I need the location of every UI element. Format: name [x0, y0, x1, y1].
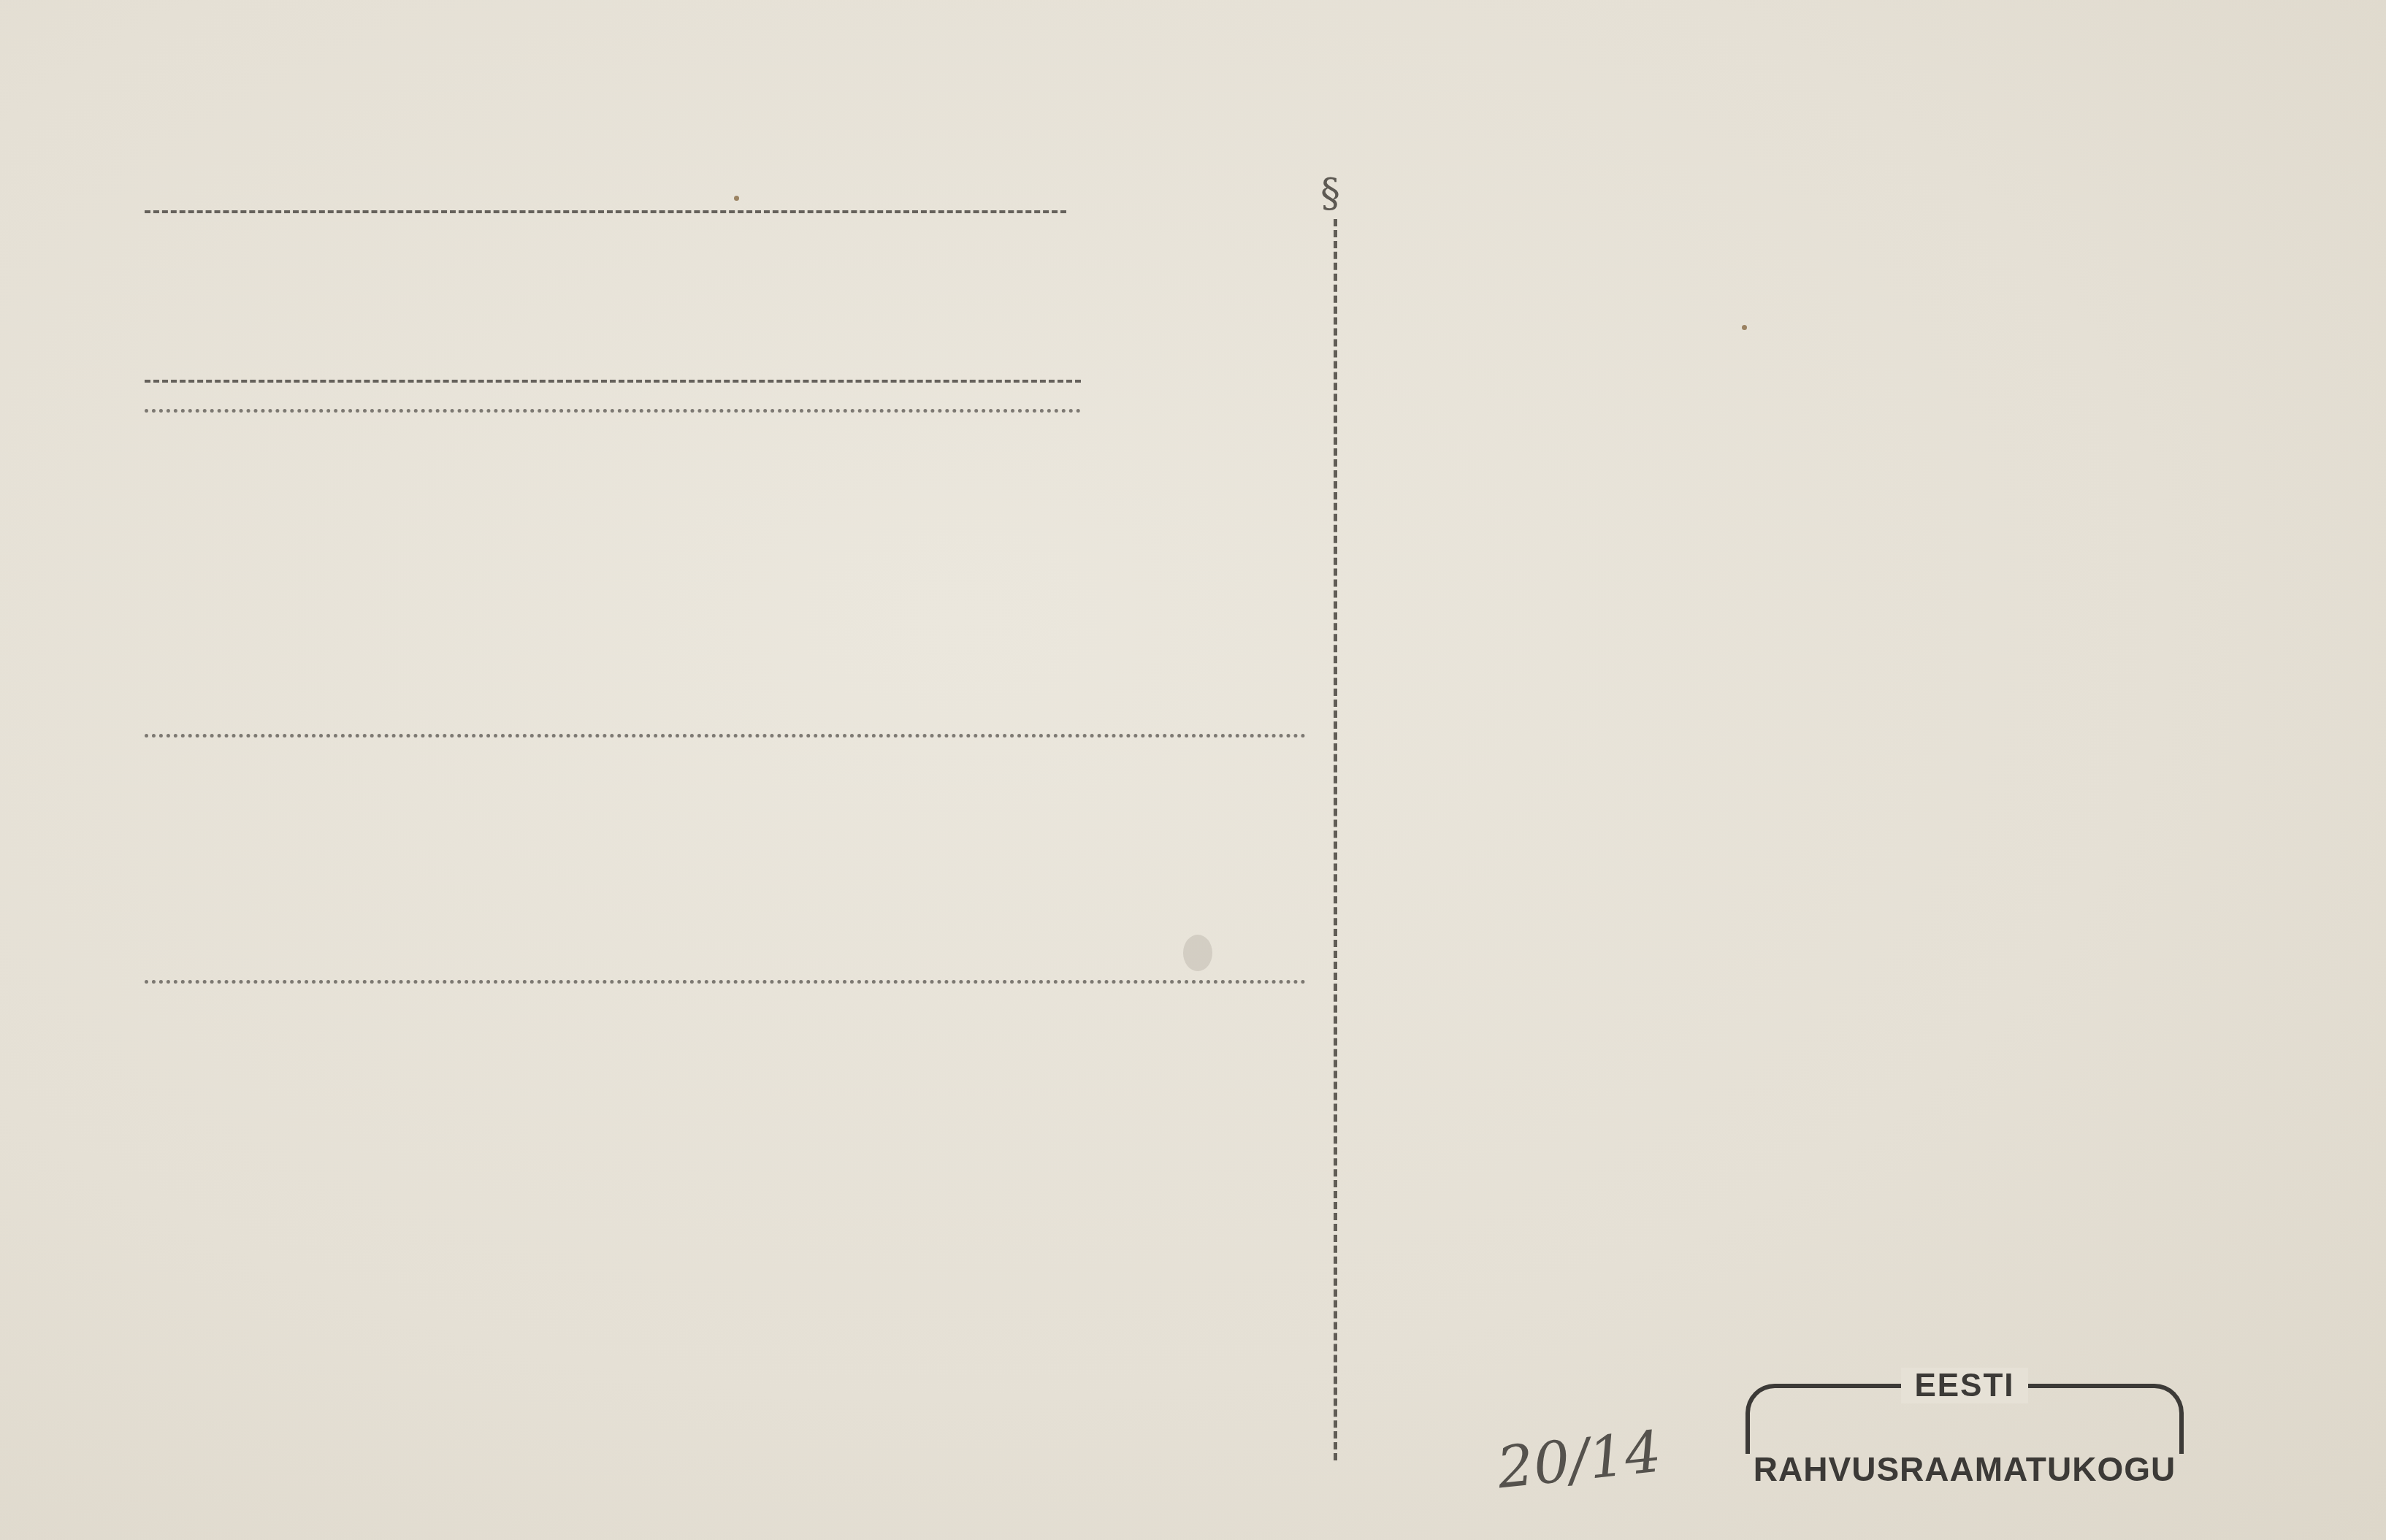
address-line-2 [145, 380, 1081, 383]
center-divider [1334, 219, 1337, 1460]
section-mark-icon: § [1320, 174, 1340, 213]
stamp-bottom-text: RAHVUSRAAMATUKOGU [1745, 1449, 2184, 1489]
postcard-back: § 20/14 EESTI RAHVUSRAAMATUKOGU [0, 0, 2386, 1540]
paper-speck [734, 196, 739, 201]
address-line-4 [145, 734, 1306, 738]
paper-stain [1183, 935, 1212, 971]
address-line-5 [145, 980, 1306, 984]
paper-speck [1742, 325, 1747, 330]
stamp-top-text: EESTI [1901, 1368, 2027, 1403]
address-line-1 [145, 210, 1066, 213]
handwritten-note: 20/14 [1494, 1419, 1664, 1501]
library-stamp: EESTI RAHVUSRAAMATUKOGU [1745, 1376, 2184, 1504]
address-line-3 [145, 409, 1081, 413]
